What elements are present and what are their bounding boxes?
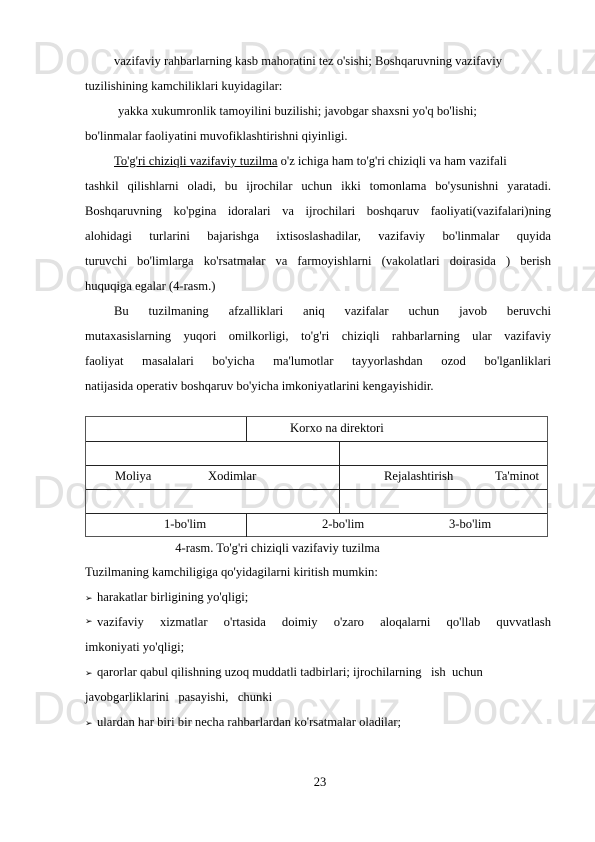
paragraph-line: javobgarliklarini pasayishi, chunki xyxy=(85,689,548,705)
paragraph-line: turuvchi bo'limlarga ko'rsatmalar va far… xyxy=(85,253,551,269)
department-xodimlar: Xodimlar xyxy=(208,468,256,484)
arrow-bullet-icon: ➢ xyxy=(85,591,97,607)
paragraph-line: natijasida operativ boshqaruv bo'yicha i… xyxy=(85,378,548,394)
section-2: 2-bo'lim xyxy=(322,516,364,532)
director-box: Korxo na direktori xyxy=(290,420,384,436)
bullet-item: ➢ulardan har biri bir necha rahbarlardan… xyxy=(85,714,548,732)
director-row: Korxo na direktori xyxy=(86,417,547,442)
arrow-bullet-icon: ➢ xyxy=(85,614,97,630)
paragraph-line: Bu tuzilmaning afzalliklari aniq vazifal… xyxy=(114,303,551,319)
paragraph-line: huquqiga egalar (4-rasm.) xyxy=(85,278,548,294)
paragraph-line: alohidagi turlarini bajarishga ixtisosla… xyxy=(85,228,551,244)
page-number: 23 xyxy=(0,775,595,790)
connector-row xyxy=(86,441,547,466)
paragraph-line: bo'linmalar faoliyatini muvofiklashtiris… xyxy=(85,128,548,144)
paragraph-line: tuzilishining kamchiliklari kuyidagilar: xyxy=(85,78,548,94)
arrow-bullet-icon: ➢ xyxy=(85,716,97,732)
bullet-item: ➢qarorlar qabul qilishning uzoq muddatli… xyxy=(85,664,548,682)
org-structure-figure: Korxo na direktori Moliya Xodimlar Rejal… xyxy=(85,416,548,537)
department-moliya: Moliya xyxy=(115,468,151,484)
paragraph-line: tashkil qilishlarni oladi, bu ijrochilar… xyxy=(85,178,551,194)
section-1: 1-bo'lim xyxy=(164,516,206,532)
department-rejalashtirish: Rejalashtirish xyxy=(384,468,453,484)
figure-caption: 4-rasm. To'g'ri chiziqli vazifaviy tuzil… xyxy=(0,540,595,556)
departments-row: Moliya Xodimlar Rejalashtirish Ta'minot xyxy=(86,465,547,490)
bullet-item: ➢harakatlar birligining yo'qligi; xyxy=(85,589,548,607)
paragraph-line: Boshqaruvning ko'pgina idoralari va ijro… xyxy=(85,203,551,219)
defined-term: To'g'ri chiziqli vazifaviy tuzilma xyxy=(114,154,277,168)
paragraph-line: faoliyat masalalari bo'yicha ma'lumotlar… xyxy=(85,353,551,369)
sections-row: 1-bo'lim 2-bo'lim 3-bo'lim xyxy=(86,513,547,537)
paragraph-line: mutaxasislarning yuqori omilkorligi, to'… xyxy=(85,328,551,344)
paragraph-line: imkoniyati yo'qligi; xyxy=(85,639,548,655)
bullet-item: ➢vazifaviy xizmatlar o'rtasida doimiy o'… xyxy=(85,614,551,630)
paragraph-line: yakka xukumronlik tamoyilini buzilishi; … xyxy=(118,103,548,119)
paragraph-line: vazifaviy rahbarlarning kasb mahoratini … xyxy=(114,53,548,69)
paragraph-line: To'g'ri chiziqli vazifaviy tuzilma o'z i… xyxy=(114,153,548,169)
section-3: 3-bo'lim xyxy=(449,516,491,532)
connector-row xyxy=(86,489,547,514)
arrow-bullet-icon: ➢ xyxy=(85,666,97,682)
department-taminot: Ta'minot xyxy=(495,468,539,484)
paragraph-line: Tuzilmaning kamchiligiga qo'yidagilarni … xyxy=(85,564,548,580)
